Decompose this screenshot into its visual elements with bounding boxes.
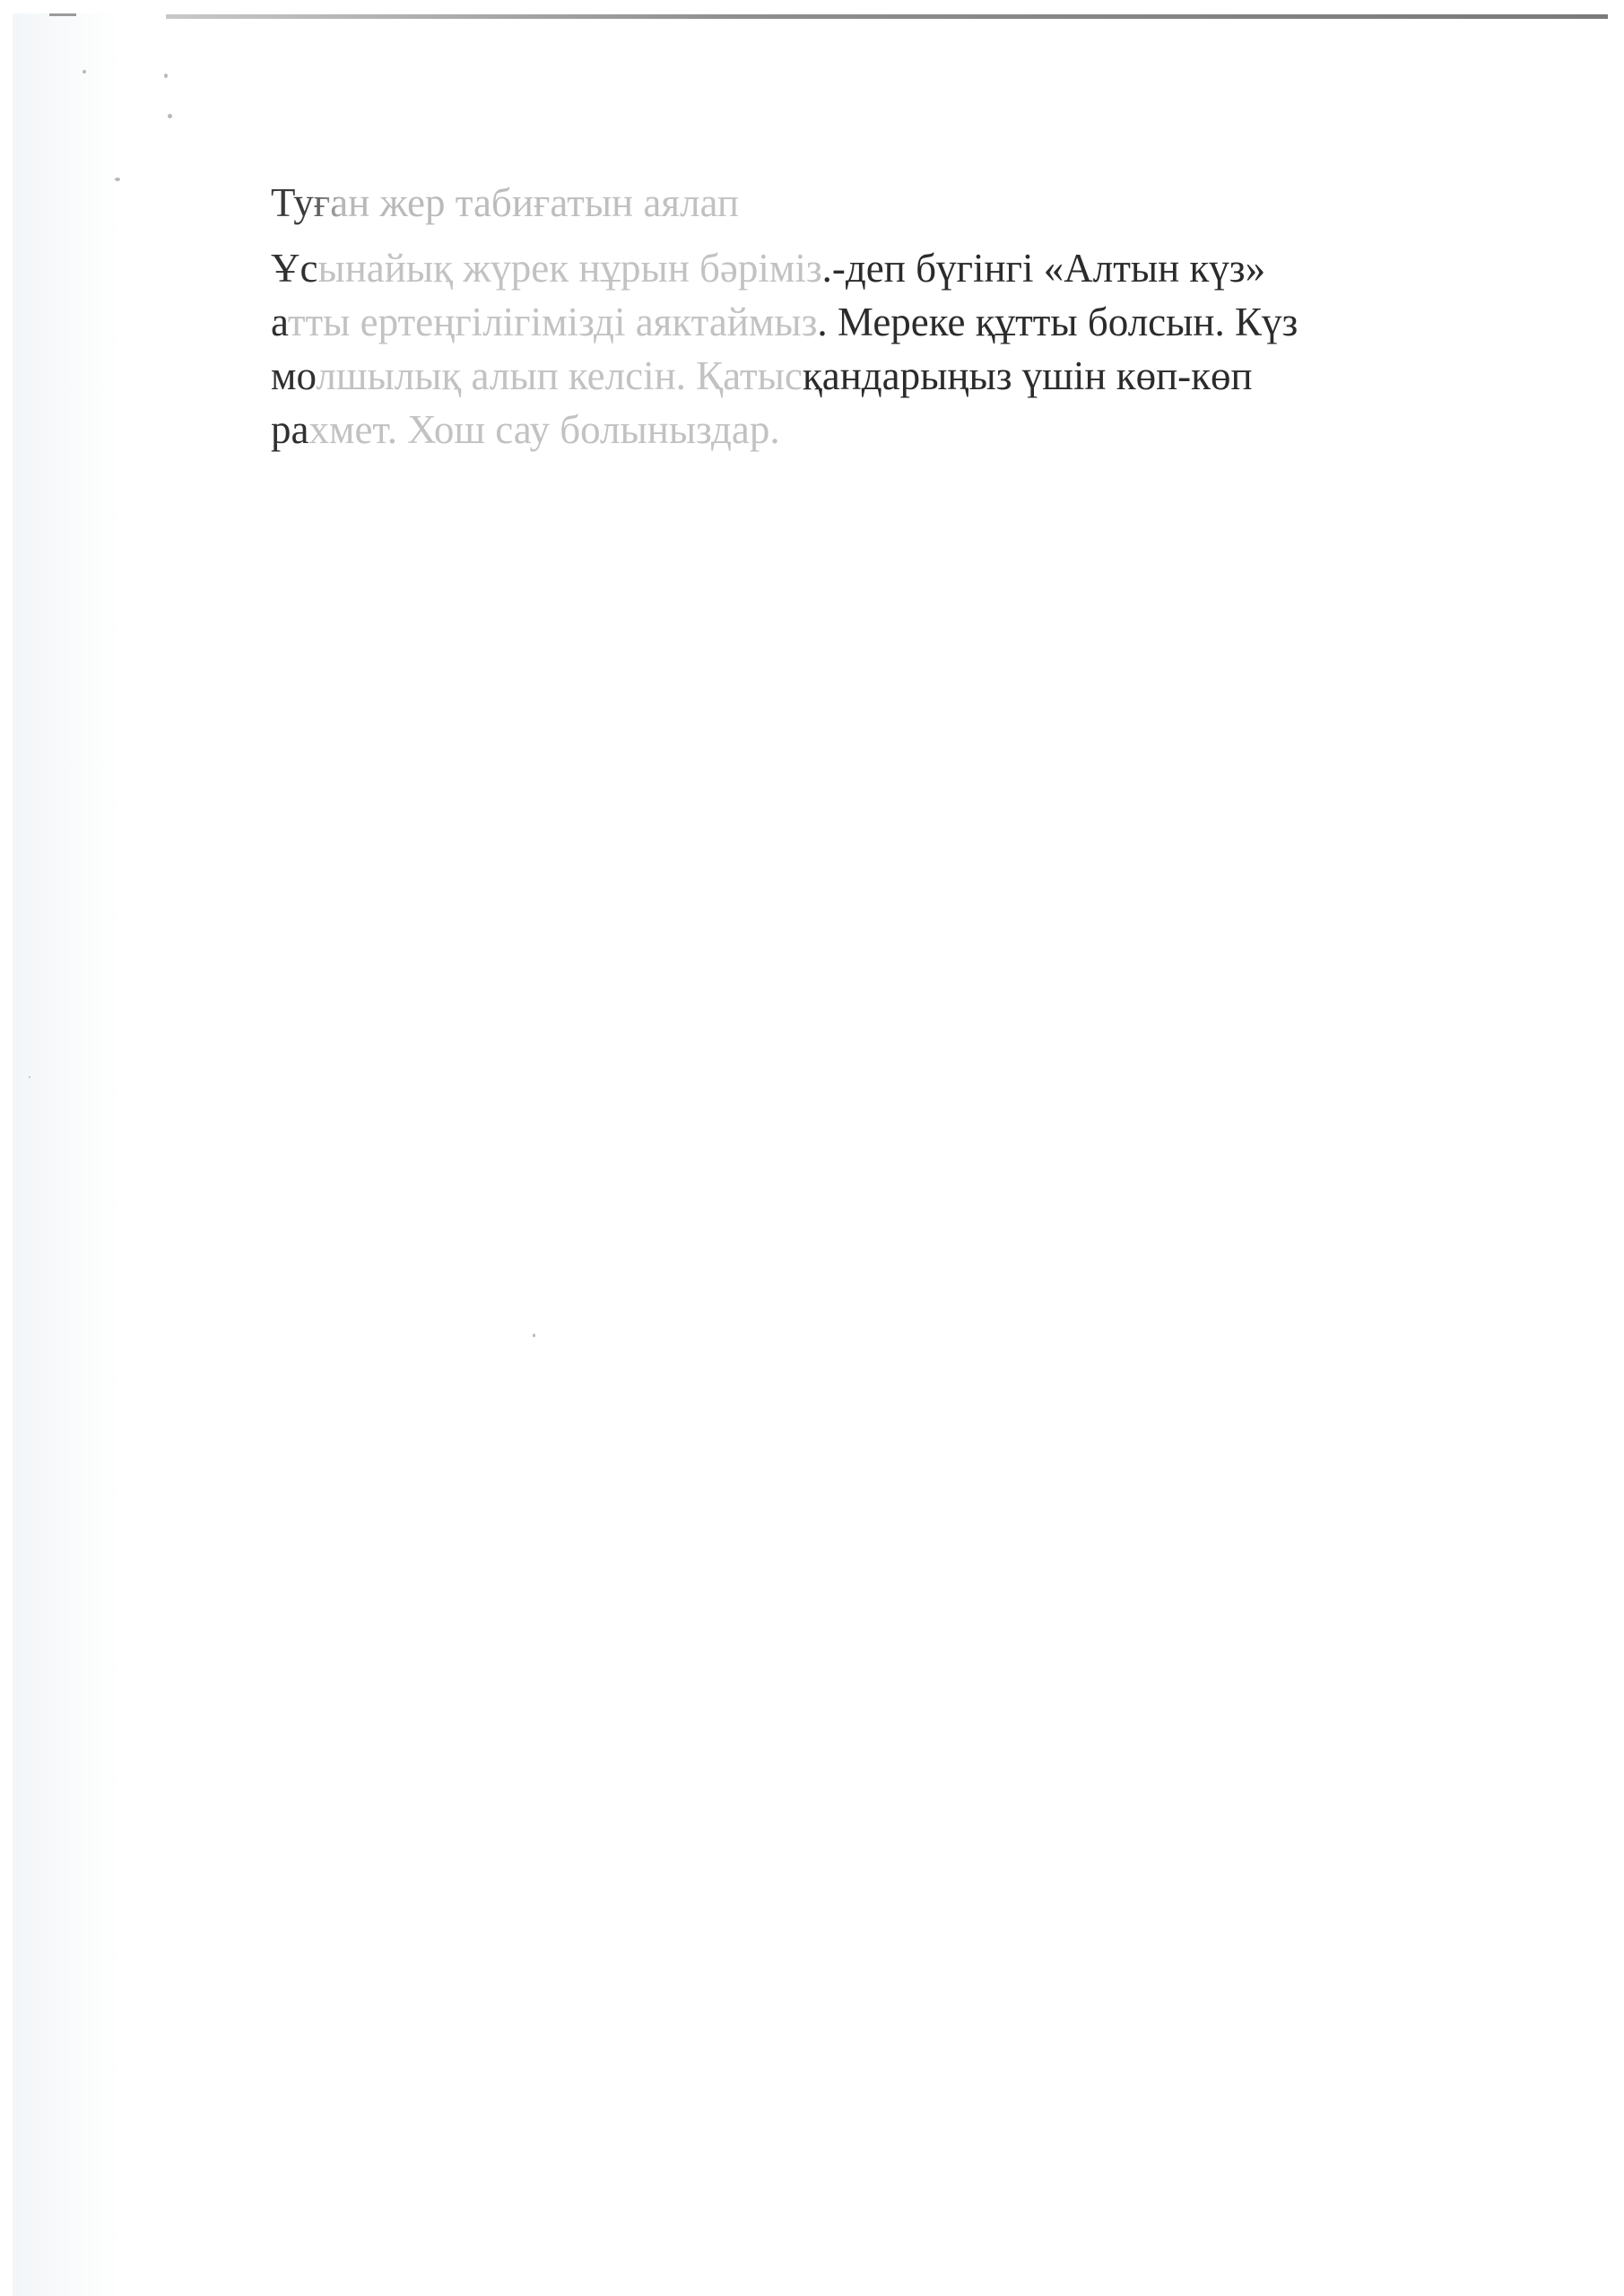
line-dark-text: .-деп бүгінгі «Алтын күз» <box>822 246 1265 291</box>
line-lead-text: а <box>271 300 288 344</box>
paragraph-line: молшылық алып келсін. Қатысқандарыңыз үш… <box>271 349 1544 403</box>
line-lead-text: Ұс <box>271 246 317 291</box>
paragraph-line: атты ертеңгілігімізді аяктаймыз. Мереке … <box>271 295 1544 349</box>
line-lead-text: ра <box>271 407 308 452</box>
scan-speck <box>29 1076 30 1078</box>
scan-edge-mark <box>49 13 76 16</box>
paragraph-line: Ұсынайық жүрек нұрын бәріміз.-деп бүгінг… <box>271 241 1544 295</box>
document-body: Туған жер табиғатын аялап Ұсынайық жүрек… <box>271 176 1544 457</box>
line-faded-text: тты ертеңгілігімізді аяктаймыз <box>288 300 818 344</box>
scan-speck <box>168 114 172 118</box>
line-faded-text: ынайық жүрек нұрын бәріміз <box>317 246 821 291</box>
scan-speck <box>533 1334 535 1337</box>
scan-speck <box>164 74 168 78</box>
scan-top-edge-line <box>166 14 1608 19</box>
line-lead-text: мо <box>271 353 316 398</box>
scan-speck <box>115 178 120 181</box>
line-dark-text: . Мереке құтты болсын. Күз <box>817 300 1298 344</box>
line-faded-text: лшылық алып келсін. Қатыс <box>316 353 802 398</box>
paragraph-line: рахмет. Хош сау болыныздар. <box>271 403 1544 457</box>
scan-shadow <box>13 13 120 2296</box>
line-faded-text: хмет. Хош сау болыныздар. <box>308 407 779 452</box>
document-title: Туған жер табиғатын аялап <box>271 176 1544 230</box>
line-dark-text: қандарыңыз үшін көп-көп <box>803 353 1253 398</box>
scan-speck <box>83 70 86 74</box>
